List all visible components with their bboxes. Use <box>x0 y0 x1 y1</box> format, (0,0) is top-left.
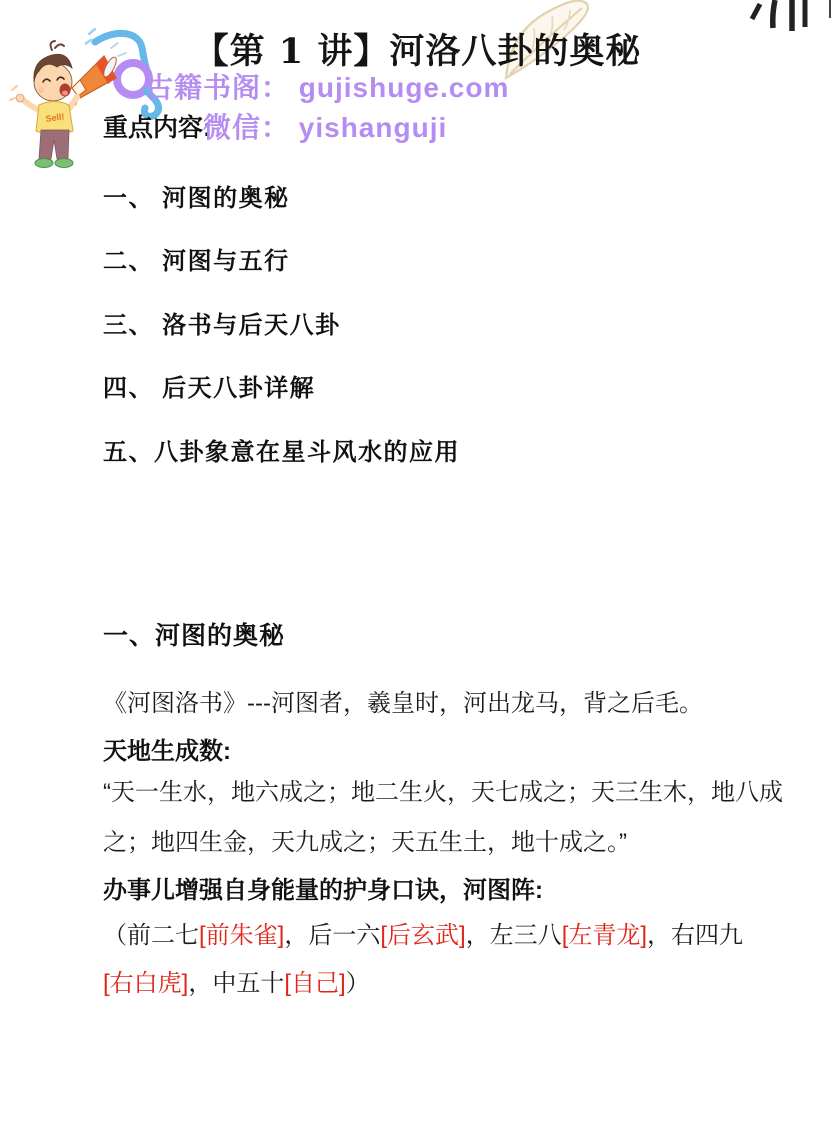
numbers-subheading: 天地生成数: <box>103 731 231 766</box>
watermark-wechat-line: 微信： yishanguji <box>203 106 447 146</box>
intro-label: 重点内容: <box>103 108 211 144</box>
mantra-red-term: [前朱雀] <box>199 922 284 949</box>
outline-item-4: 四、 后天八卦详解 <box>103 368 315 403</box>
section-heading: 一、河图的奥秘 <box>103 616 285 652</box>
document-page: Sell! 【第 1 讲】河洛八卦的奥秘 古籍书阁： gujishuge.com… <box>0 0 835 1130</box>
mantra-text: ，右四九 <box>647 922 743 949</box>
mantra-red-term: [右白虎] <box>103 970 188 997</box>
outline-item-2: 二、 河图与五行 <box>103 241 290 276</box>
mantra-red-term: [左青龙] <box>562 922 647 949</box>
watermark-site-line: 古籍书阁： gujishuge.com <box>145 66 509 106</box>
mantra-subheading: 办事儿增强自身能量的护身口诀，河图阵: <box>103 870 543 905</box>
mantra-line: （前二七[前朱雀]，后一六[后玄武]，左三八[左青龙]，右四九[右白虎]，中五十… <box>103 912 763 1008</box>
mantra-text: ，左三八 <box>466 922 562 949</box>
mantra-red-term: [自己] <box>284 970 345 997</box>
mantra-text: （前二七 <box>103 922 199 949</box>
outline-item-1: 一、 河图的奥秘 <box>103 178 290 213</box>
mantra-text: ，中五十 <box>188 970 284 997</box>
mantra-text: ，后一六 <box>284 922 380 949</box>
outline-item-3: 三、 洛书与后天八卦 <box>103 305 341 340</box>
section-source-line: 《河图洛书》---河图者，羲皇时，河出龙马，背之后毛。 <box>103 683 703 718</box>
mantra-text: ） <box>346 970 370 997</box>
numbers-quote-paragraph: “天一生水，地六成之；地二生火，天七成之；天三生木，地八成之；地四生金，天九成之… <box>103 768 783 868</box>
mantra-red-term: [后玄武] <box>380 922 465 949</box>
outline-item-5: 五、八卦象意在星斗风水的应用 <box>103 432 460 467</box>
